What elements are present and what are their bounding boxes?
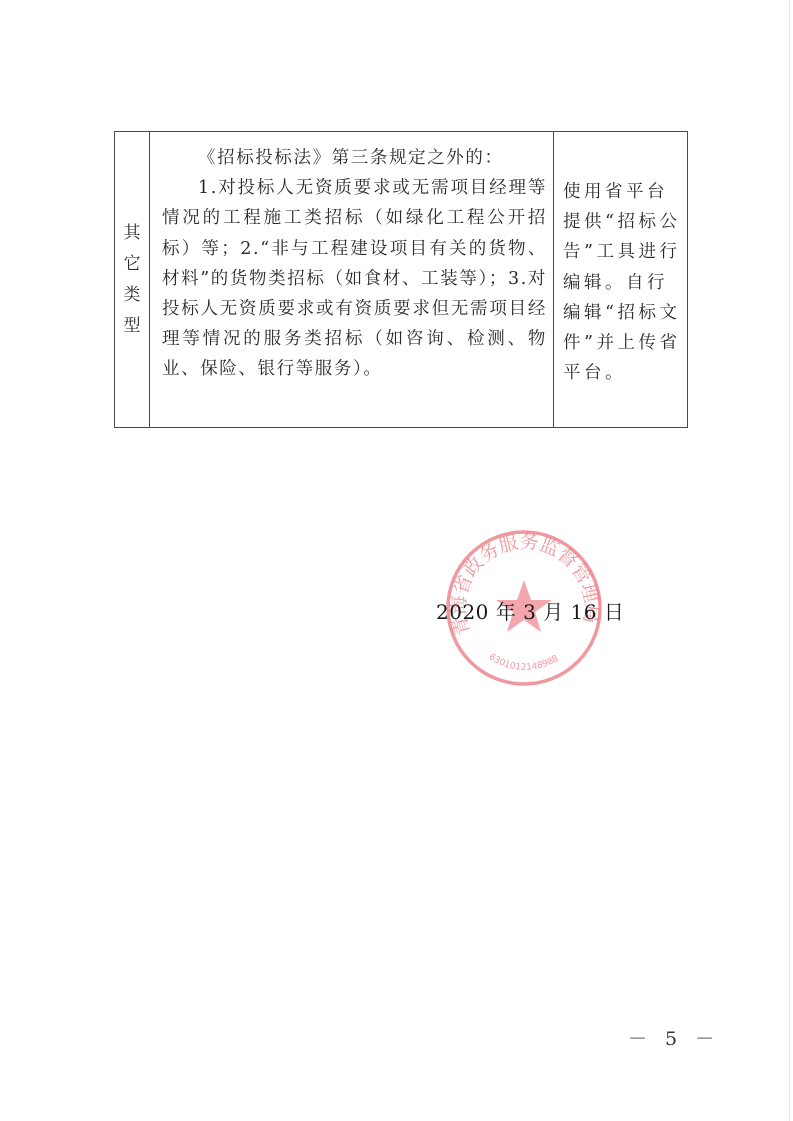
page-number: － 5 －	[628, 1024, 720, 1051]
document-date: 2020 年 3 月 16 日	[436, 596, 624, 625]
type-char: 型	[124, 311, 141, 342]
scan-edge	[789, 0, 790, 1121]
type-char: 其	[124, 218, 141, 249]
type-char: 类	[124, 280, 141, 311]
seal-code: 6301012148988	[487, 652, 561, 673]
scope-intro: 《招标投标法》第三条规定之外的：	[162, 143, 547, 173]
scope-body: 1.对投标人无资质要求或无需项目经理等情况的工程施工类招标（如绿化工程公开招标）…	[162, 173, 547, 384]
scope-cell: 《招标投标法》第三条规定之外的： 1.对投标人无资质要求或无需项目经理等情况的工…	[150, 132, 554, 427]
type-char: 它	[124, 249, 141, 280]
svg-text:6301012148988: 6301012148988	[487, 652, 561, 673]
document-page: 其 它 类 型 《招标投标法》第三条规定之外的： 1.对投标人无资质要求或无需项…	[0, 0, 793, 1121]
method-text: 使用省平台提供“招标公告”工具进行编辑。自行编辑“招标文件”并上传省平台。	[563, 177, 681, 388]
type-cell: 其 它 类 型	[115, 132, 150, 427]
tender-type-table: 其 它 类 型 《招标投标法》第三条规定之外的： 1.对投标人无资质要求或无需项…	[114, 131, 688, 428]
method-cell: 使用省平台提供“招标公告”工具进行编辑。自行编辑“招标文件”并上传省平台。	[554, 132, 687, 427]
